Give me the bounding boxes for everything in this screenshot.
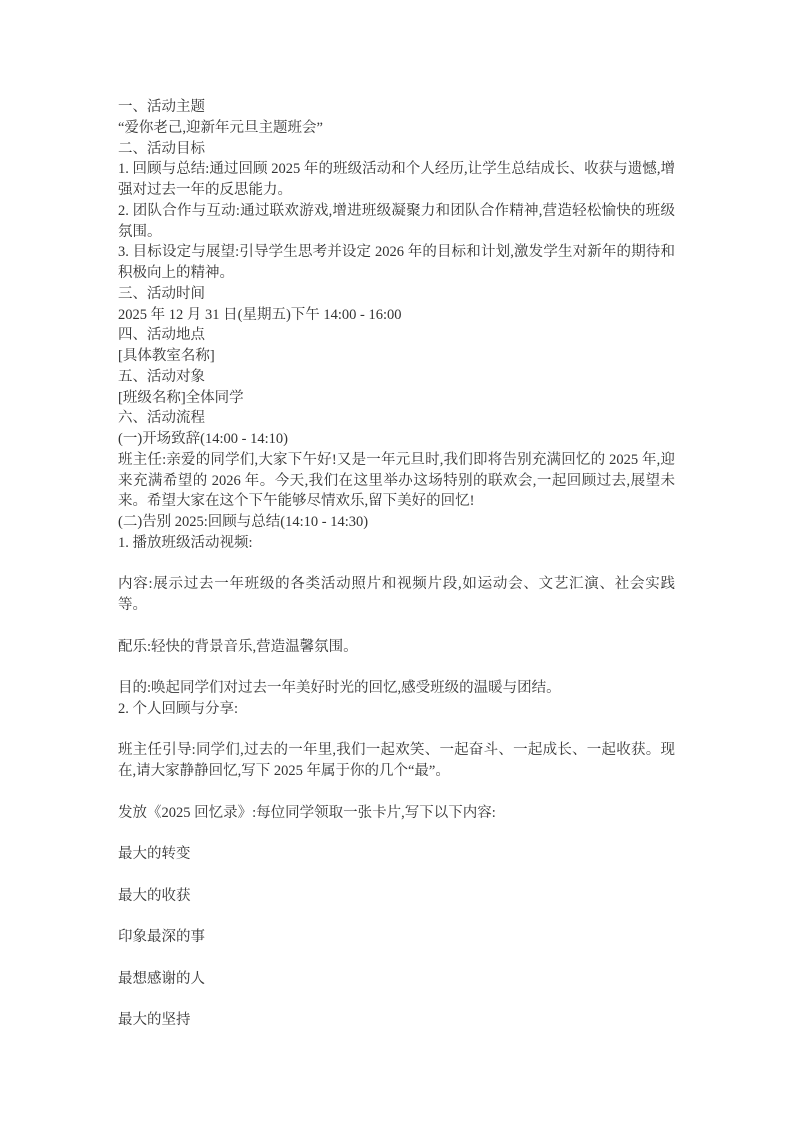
blank-line (118, 906, 675, 927)
document-page: 一、活动主题“爱你老己,迎新年元旦主题班会”二、活动目标1. 回顾与总结:通过回… (0, 0, 793, 1122)
blank-line (118, 616, 675, 637)
doc-paragraph: 印象最深的事 (118, 927, 675, 948)
doc-paragraph: [具体教室名称] (118, 346, 675, 367)
doc-paragraph: 最大的转变 (118, 844, 675, 865)
doc-paragraph: 二、活动目标 (118, 139, 675, 160)
doc-paragraph: 五、活动对象 (118, 367, 675, 388)
document-body: 一、活动主题“爱你老己,迎新年元旦主题班会”二、活动目标1. 回顾与总结:通过回… (118, 97, 675, 1031)
doc-paragraph: 最大的收获 (118, 886, 675, 907)
blank-line (118, 554, 675, 575)
doc-paragraph: 一、活动主题 (118, 97, 675, 118)
doc-paragraph: 最想感谢的人 (118, 969, 675, 990)
blank-line (118, 657, 675, 678)
blank-line (118, 865, 675, 886)
doc-paragraph: 2. 团队合作与互动:通过联欢游戏,增进班级凝聚力和团队合作精神,营造轻松愉快的… (118, 201, 675, 243)
doc-paragraph: (二)告别 2025:回顾与总结(14:10 - 14:30) (118, 512, 675, 533)
doc-paragraph: 发放《2025 回忆录》:每位同学领取一张卡片,写下以下内容: (118, 803, 675, 824)
blank-line (118, 948, 675, 969)
doc-paragraph: [班级名称]全体同学 (118, 388, 675, 409)
doc-paragraph: 班主任:亲爱的同学们,大家下午好!又是一年元旦时,我们即将告别充满回忆的 202… (118, 450, 675, 512)
doc-paragraph: 班主任引导:同学们,过去的一年里,我们一起欢笑、一起奋斗、一起成长、一起收获。现… (118, 740, 675, 782)
doc-paragraph: 六、活动流程 (118, 408, 675, 429)
blank-line (118, 720, 675, 741)
doc-paragraph: 2025 年 12 月 31 日(星期五)下午 14:00 - 16:00 (118, 305, 675, 326)
doc-paragraph: 三、活动时间 (118, 284, 675, 305)
doc-paragraph: 2. 个人回顾与分享: (118, 699, 675, 720)
doc-paragraph: 最大的坚持 (118, 1010, 675, 1031)
blank-line (118, 989, 675, 1010)
blank-line (118, 782, 675, 803)
doc-paragraph: 1. 回顾与总结:通过回顾 2025 年的班级活动和个人经历,让学生总结成长、收… (118, 159, 675, 201)
doc-paragraph: 四、活动地点 (118, 325, 675, 346)
doc-paragraph: 配乐:轻快的背景音乐,营造温馨氛围。 (118, 637, 675, 658)
doc-paragraph: 目的:唤起同学们对过去一年美好时光的回忆,感受班级的温暖与团结。 (118, 678, 675, 699)
doc-paragraph: (一)开场致辞(14:00 - 14:10) (118, 429, 675, 450)
doc-paragraph: “爱你老己,迎新年元旦主题班会” (118, 118, 675, 139)
blank-line (118, 823, 675, 844)
doc-paragraph: 3. 目标设定与展望:引导学生思考并设定 2026 年的目标和计划,激发学生对新… (118, 242, 675, 284)
doc-paragraph: 1. 播放班级活动视频: (118, 533, 675, 554)
doc-paragraph: 内容:展示过去一年班级的各类活动照片和视频片段,如运动会、文艺汇演、社会实践等。 (118, 574, 675, 616)
